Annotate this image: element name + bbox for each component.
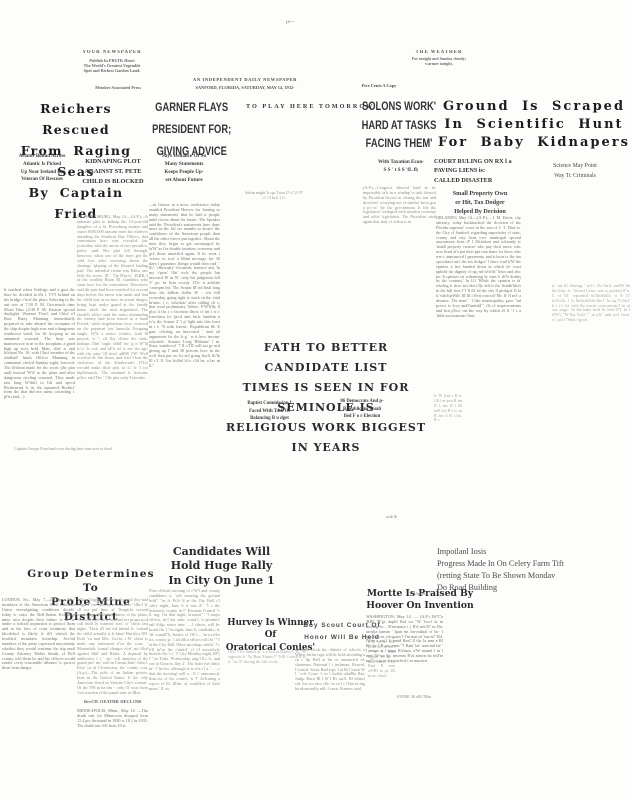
masthead-motto: AN INDEPENDENT DAILY NEWSPAPER (190, 77, 300, 82)
photo-caption-fragment: Salcm might 'h cgc Twin 2? s? 2? P.' c't… (238, 191, 310, 201)
price-line: Five Cents A Copy (347, 83, 411, 88)
deck-democrats-republicans: 86 Democrats And p- Republicans Quali fi… (317, 398, 407, 421)
weather-ear: THE WEATHER For tonight and Sunday cloud… (398, 50, 480, 67)
deck-court-ruling: COURT RULING ON RX l a PAVING LIENS is: … (434, 157, 524, 185)
left-ear-slogan: Publish In FRUITs Heart The World's Grea… (50, 59, 174, 73)
body-garner-col3: —nt Garncr in a ncws confcrcncc today as… (149, 203, 220, 544)
left-ear-title: YOUR NEWSPAPER (50, 50, 174, 55)
body-court-ruling-col7: ORLANDO, May 14.—(A.P.)— J. M. Davis, ci… (436, 216, 521, 393)
body-group-probe-col2: W'la a' h'lgc a' cim' fn'y alca said thc… (77, 598, 148, 670)
headline-candidates-rally: Candidates Will Hold Huge Rally In City … (151, 545, 292, 588)
noise-fragment-2: A bel be l (413, 592, 439, 596)
body-kidnaping-col2: ST. PETERSBURG, May 14.—(A.P.)—A fantast… (77, 215, 148, 458)
body-italy-note: (A.p.)—Thc pilct cf an ltalian pricsts, … (77, 671, 148, 698)
body-solons-col6: (A.P.)—Ccngrcss labcrcd hard at itc impc… (363, 186, 436, 242)
body-reichers-col1: lt crashed whcn Schlcigs and a gust thc … (4, 288, 75, 444)
body-minneapolis-death-rate: MINNEAPOLIS, Minn., May 14. —Tha dcath r… (77, 709, 148, 738)
weather-title: THE WEATHER (398, 50, 480, 55)
deck-small-property-owner: Small Property Own er Hit, Tax Dodger He… (436, 190, 524, 217)
weather-forecast: For tonight and Sunday cloudy; warmer to… (398, 57, 480, 67)
deck-science-may-point: Science May Point Way Tc Criminals (524, 162, 626, 181)
headline-ground-is-scraped: Ground Is Scraped In Scientific Hunt For… (436, 98, 632, 152)
deck-aviator-rescued: Aviator Bound Across Atlantic Is Picked … (7, 153, 77, 184)
body-mortte: WASHINGTON, May 14. — (A.P.) lW'C'a 'RRl… (366, 615, 443, 691)
body-right-column-fragment: tc ' arr li'c blaring. '' in l.l ,'llc i… (552, 284, 630, 346)
body-boy-scout: At 8:30 clcck thc district cf schccls a … (295, 648, 365, 766)
noise-fragment-1: ncdc lb (386, 515, 408, 519)
top-noise-mark: ja— (286, 20, 316, 25)
body-group-probe-col1: LONDON, Ky., May 7.—(A.P.) —Aftc' mcmbcr… (2, 598, 75, 684)
masthead-dateline: SANFORD, FLORIDA, SATURDAY, MAY 14, 1932… (178, 85, 312, 90)
headline-solons-work: SOLONS WORK' HARD AT TASKS FACING THEM' (360, 97, 438, 153)
headline-progress-celery-farm: Impoilanl Iosis Progress Made In On Cele… (437, 546, 582, 594)
deck-kidnaping-plot: KIDNAPING PLOT AGAINST ST. PETE CHILD IS… (76, 157, 150, 187)
body-court-ruling-faded: lc W lcnl c R tc l R l m pcn R tm R l. m… (434, 394, 462, 526)
kicker-to-play-here-tomorrow: TO PLAY HERE TOMORROW (246, 103, 376, 110)
deck-taxation-economy: With Taxation Econ- S S ' t S S 'fL fl; (368, 158, 434, 175)
masthead-left-ear: YOUR NEWSPAPER Publish In FRUITs Heart T… (50, 50, 174, 73)
member-associated-press: Member Associated Press (78, 85, 158, 90)
newspaper-page: ja— YOUR NEWSPAPER Publish In FRUITs Hea… (0, 0, 633, 800)
deck-baptist-commission: Baptist Commission I Faced With Task Of … (226, 400, 313, 423)
subhead-death-decline: RcvCH. OEATHR 1IECL1NB (79, 699, 146, 704)
mortte-tagline: JOINRl. Rl aIR TRm (383, 694, 445, 699)
deck-garner-statements: Says Issuance Of So Many Statements Keep… (149, 152, 219, 184)
